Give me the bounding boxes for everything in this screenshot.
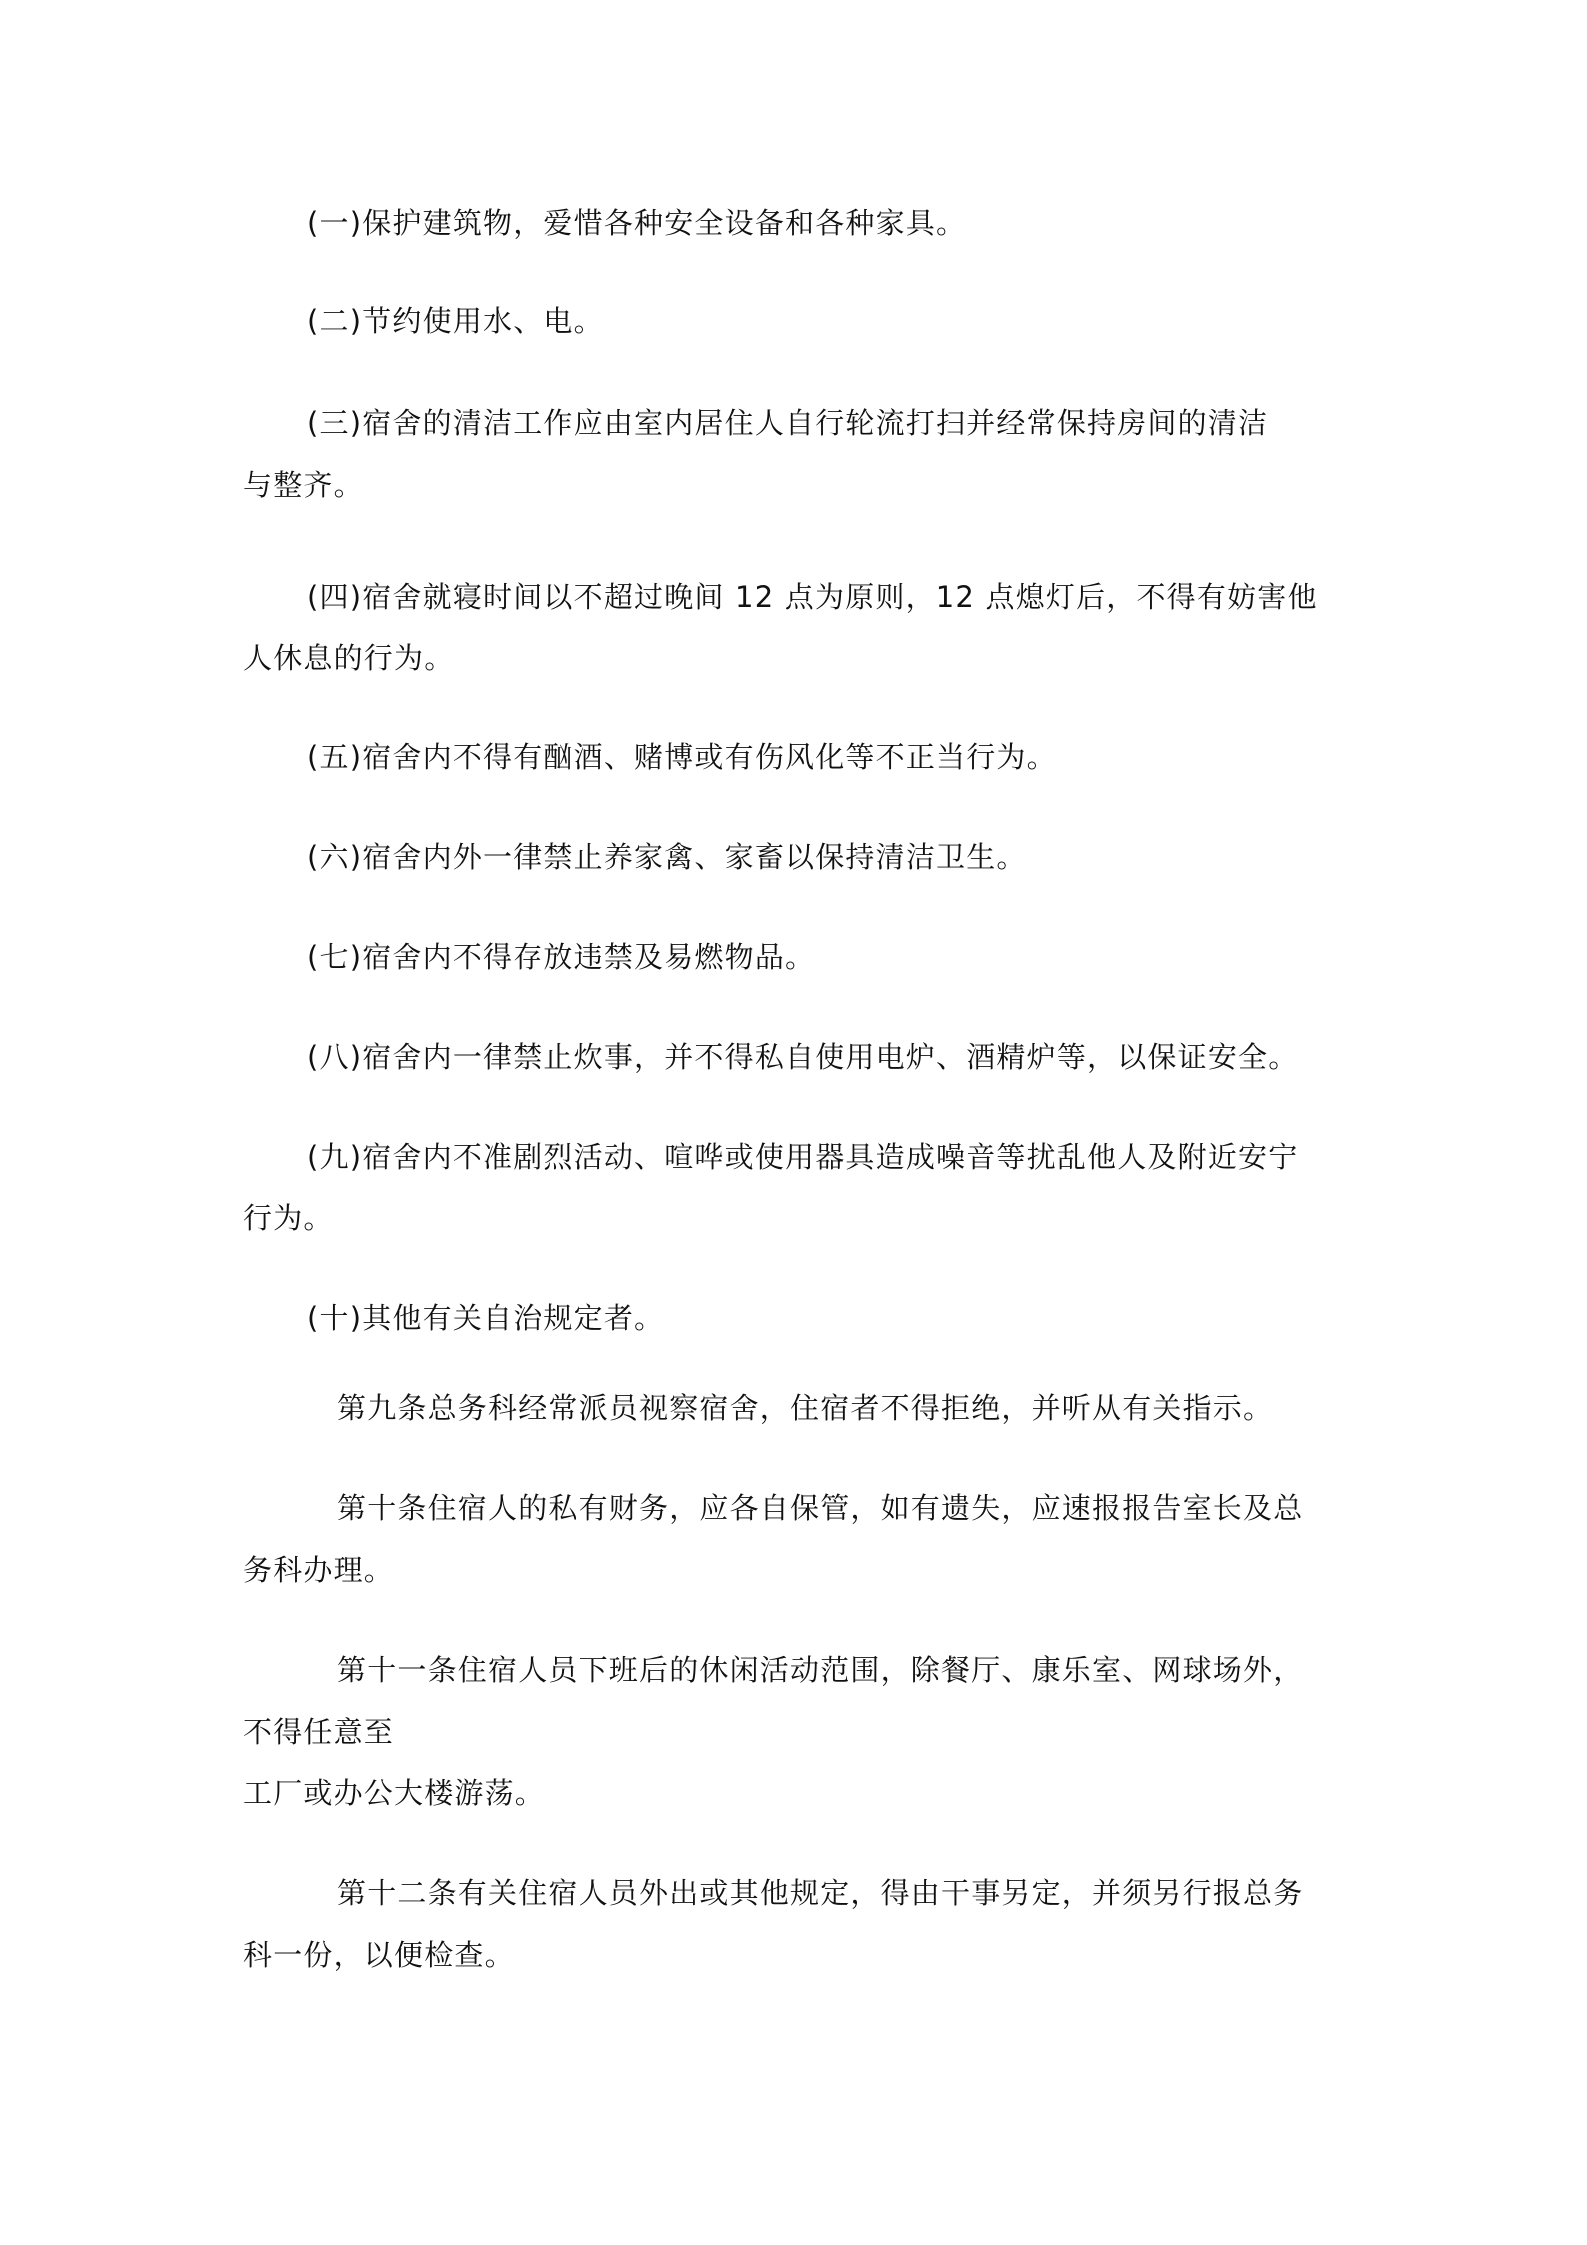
article-11-continued-1: 不得任意至 (243, 1714, 394, 1750)
article-12-continued: 科一份，以便检查。 (243, 1937, 515, 1973)
article-11: 第十一条住宿人员下班后的休闲活动范围，除餐厅、康乐室、网球场外， (337, 1652, 1303, 1688)
rule-item-4-continued: 人休息的行为。 (243, 640, 454, 676)
rule-item-1: (一)保护建筑物，爱惜各种安全设备和各种家具。 (307, 205, 966, 241)
article-12: 第十二条有关住宿人员外出或其他规定，得由干事另定，并须另行报总务 (337, 1875, 1303, 1911)
article-9: 第九条总务科经常派员视察宿舍，住宿者不得拒绝，并听从有关指示。 (337, 1390, 1273, 1426)
article-10: 第十条住宿人的私有财务，应各自保管，如有遗失，应速报报告室长及总 (337, 1490, 1303, 1526)
article-11-continued-2: 工厂或办公大楼游荡。 (243, 1775, 545, 1811)
rule-item-9: (九)宿舍内不准剧烈活动、喧哗或使用器具造成噪音等扰乱他人及附近安宁 (307, 1139, 1298, 1175)
rule-item-7: (七)宿舍内不得存放违禁及易燃物品。 (307, 939, 815, 975)
document-page: (一)保护建筑物，爱惜各种安全设备和各种家具。 (二)节约使用水、电。 (三)宿… (0, 0, 1587, 2245)
rule-item-6: (六)宿舍内外一律禁止养家禽、家畜以保持清洁卫生。 (307, 839, 1027, 875)
rule-item-3-continued: 与整齐。 (243, 467, 364, 503)
rule-item-3: (三)宿舍的清洁工作应由室内居住人自行轮流打扫并经常保持房间的清洁 (307, 405, 1268, 441)
rule-item-4: (四)宿舍就寝时间以不超过晚间 12 点为原则，12 点熄灯后，不得有妨害他 (307, 579, 1318, 615)
article-10-continued: 务科办理。 (243, 1552, 394, 1588)
rule-item-8: (八)宿舍内一律禁止炊事，并不得私自使用电炉、酒精炉等，以保证安全。 (307, 1039, 1298, 1075)
rule-item-2: (二)节约使用水、电。 (307, 303, 604, 339)
rule-item-9-continued: 行为。 (243, 1200, 334, 1236)
rule-item-5: (五)宿舍内不得有酗酒、赌博或有伤风化等不正当行为。 (307, 739, 1057, 775)
rule-item-10: (十)其他有关自治规定者。 (307, 1300, 664, 1336)
